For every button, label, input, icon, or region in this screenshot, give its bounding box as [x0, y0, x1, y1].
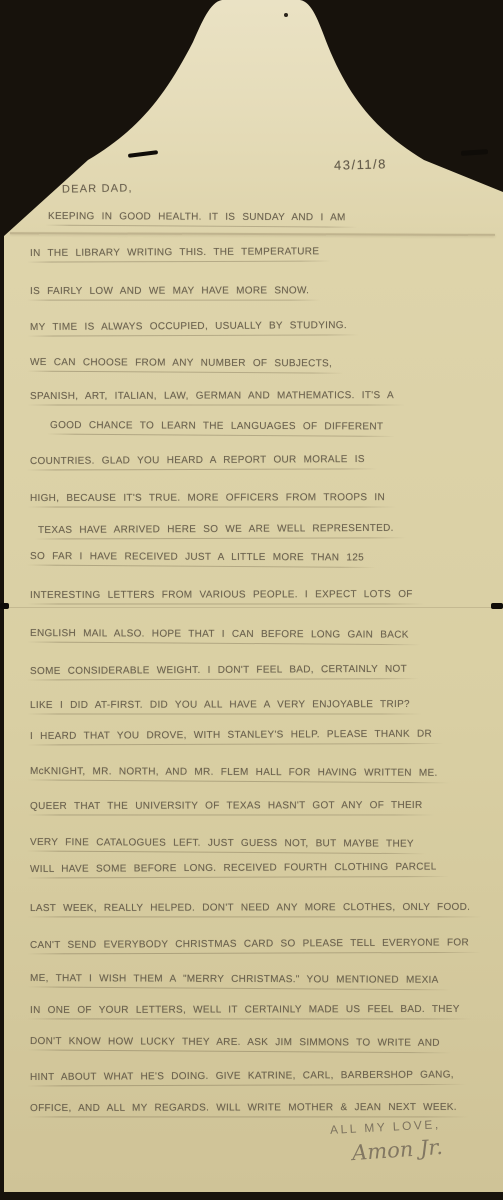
letter-line: LAST WEEK, REALLY HELPED. DON'T NEED ANY…	[30, 902, 470, 914]
letter-line: OFFICE, AND ALL MY REGARDS. WILL WRITE M…	[30, 1102, 457, 1114]
letter-line: VERY FINE CATALOGUES LEFT. JUST GUESS NO…	[30, 837, 414, 850]
paper-speck	[284, 13, 288, 17]
letter-line: HIGH, BECAUSE IT'S TRUE. MORE OFFICERS F…	[30, 492, 385, 504]
letter-line: COUNTRIES. GLAD YOU HEARD A REPORT OUR M…	[30, 454, 365, 467]
letter-line: MY TIME IS ALWAYS OCCUPIED, USUALLY BY S…	[30, 320, 347, 333]
letter-line: GOOD CHANCE TO LEARN THE LANGUAGES OF DI…	[50, 420, 383, 432]
letter-line: TEXAS HAVE ARRIVED HERE SO WE ARE WELL R…	[38, 523, 394, 536]
letter-line: SPANISH, ART, ITALIAN, LAW, GERMAN AND M…	[30, 390, 394, 402]
letter-line: LIKE I DID AT-FIRST. DID YOU ALL HAVE A …	[30, 699, 410, 711]
letter-greeting: DEAR DAD,	[62, 182, 133, 195]
crease-shadow-mark	[491, 603, 503, 609]
letter-line: WE CAN CHOOSE FROM ANY NUMBER OF SUBJECT…	[30, 357, 332, 369]
letter-line: ENGLISH MAIL ALSO. HOPE THAT I CAN BEFOR…	[30, 628, 409, 641]
letter-scan: 43/11/8 DEAR DAD, KEEPING IN GOOD HEALTH…	[0, 0, 503, 1200]
letter-line: DON'T KNOW HOW LUCKY THEY ARE. ASK JIM S…	[30, 1036, 440, 1049]
letter-line: IN ONE OF YOUR LETTERS, WELL IT CERTAINL…	[30, 1004, 460, 1016]
letter-line: INTERESTING LETTERS FROM VARIOUS PEOPLE.…	[30, 589, 413, 601]
letter-line: ME, THAT I WISH THEM A "MERRY CHRISTMAS.…	[30, 973, 439, 986]
letter-line: SOME CONSIDERABLE WEIGHT. I DON'T FEEL B…	[30, 664, 407, 677]
letter-line: McKNIGHT, MR. NORTH, AND MR. FLEM HALL F…	[30, 766, 438, 779]
letter-line: KEEPING IN GOOD HEALTH. IT IS SUNDAY AND…	[48, 211, 346, 223]
crease-shadow-mark	[0, 603, 9, 609]
letter-line: IS FAIRLY LOW AND WE MAY HAVE MORE SNOW.	[30, 285, 309, 297]
letter-line: IN THE LIBRARY WRITING THIS. THE TEMPERA…	[30, 246, 319, 259]
fold-crease-middle	[0, 607, 503, 608]
letter-line: QUEER THAT THE UNIVERSITY OF TEXAS HASN'…	[30, 800, 423, 812]
letter-line: SO FAR I HAVE RECEIVED JUST A LITTLE MOR…	[30, 551, 364, 563]
letter-date: 43/11/8	[334, 156, 387, 172]
